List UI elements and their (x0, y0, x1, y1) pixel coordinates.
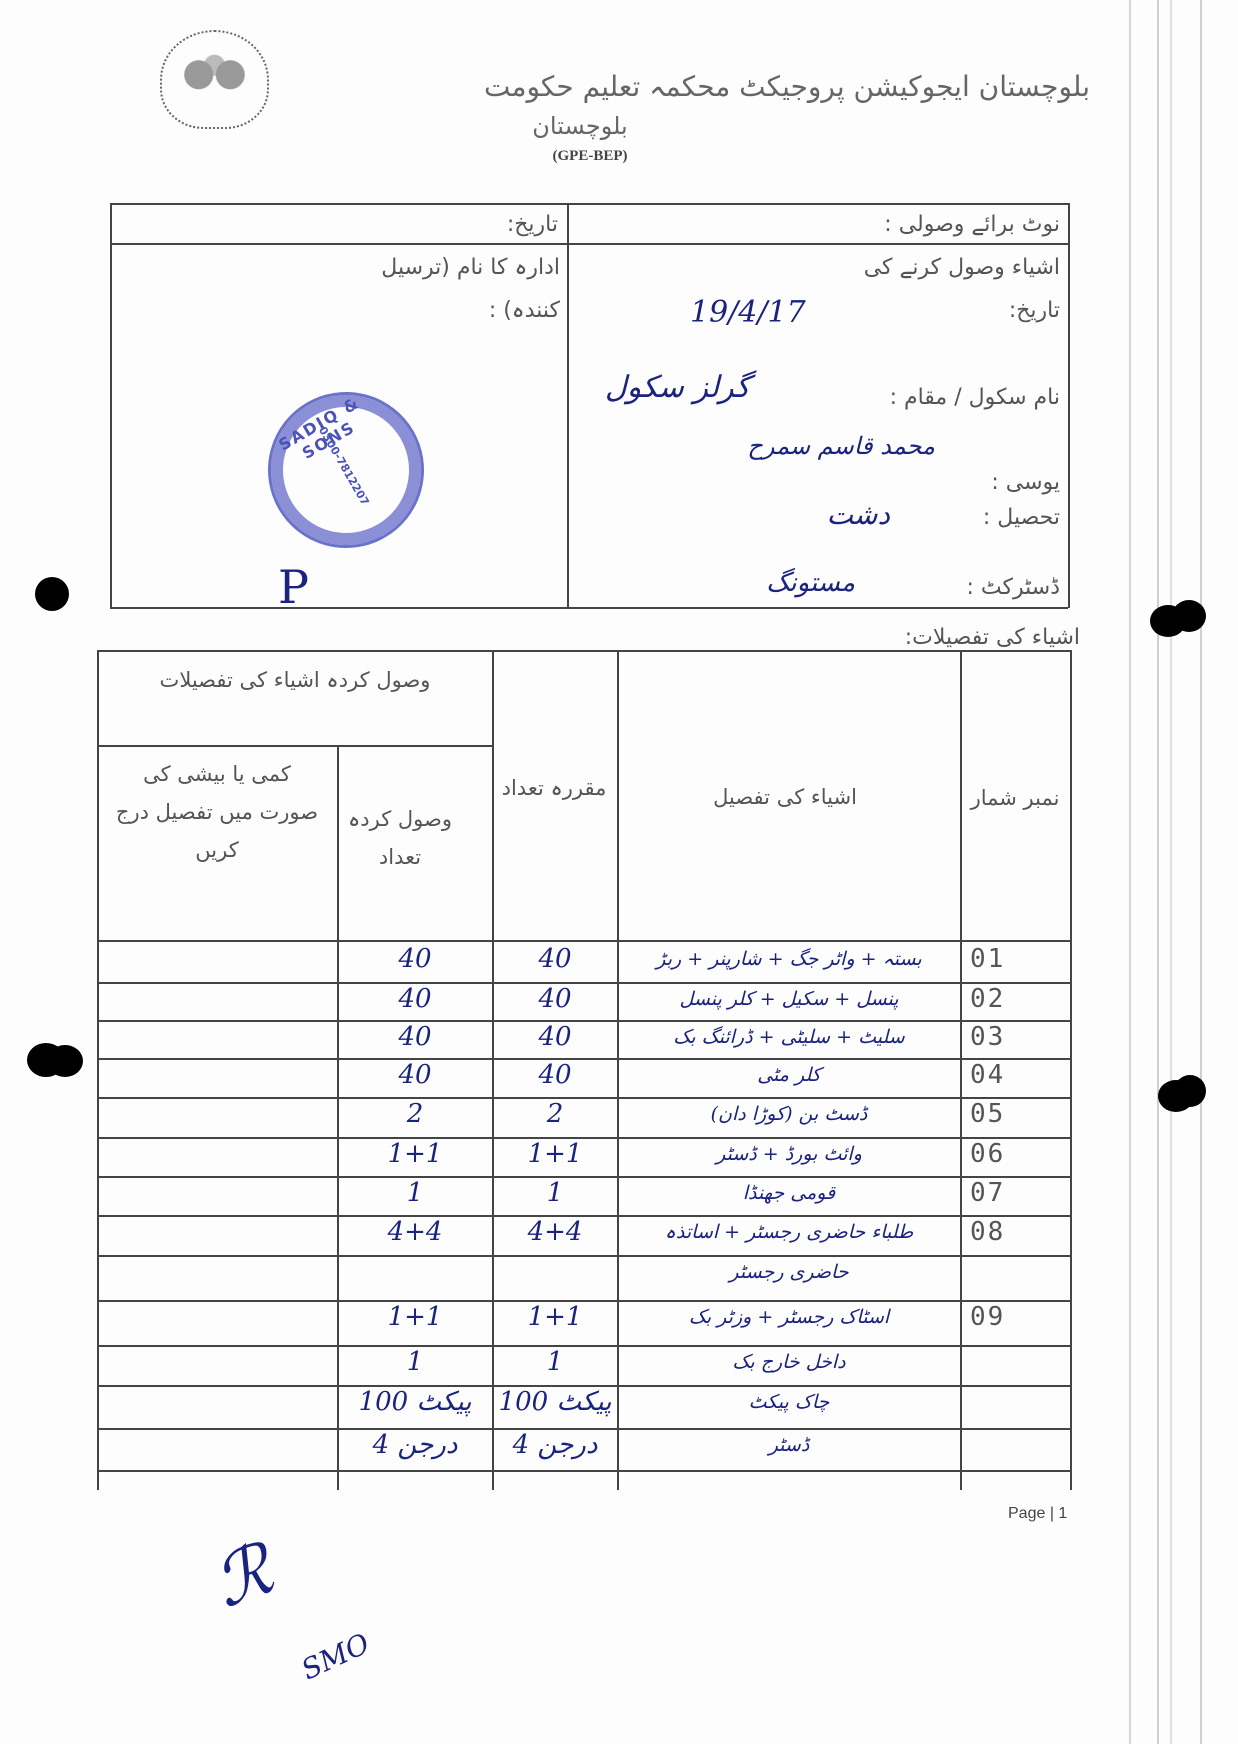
serial-number: 06 (970, 1139, 1060, 1169)
fixed-qty: 2 (495, 1097, 615, 1131)
serial-number: 02 (970, 984, 1060, 1014)
punch-hole (1172, 600, 1206, 632)
header-serial: نمبر شمار (965, 780, 1065, 816)
received-qty: 1 (340, 1345, 490, 1379)
department-logo-icon (160, 30, 269, 129)
received-qty: 40 (340, 942, 490, 976)
item-detail: کلر مٹی (622, 1058, 956, 1092)
fixed-qty: 1 (495, 1176, 615, 1210)
district-label: ڈسٹرکٹ : (860, 575, 1060, 600)
item-detail: ڈسٹر (622, 1428, 956, 1462)
tehsil-value: دشت (800, 498, 890, 531)
uc-label: یوسی : (900, 470, 1060, 495)
received-qty: 4+4 (340, 1215, 490, 1249)
header-received-qty: وصول کردہ تعداد (345, 800, 455, 876)
fixed-qty: 4+4 (495, 1215, 615, 1249)
item-detail: اسٹاک رجسٹر + وزٹر بک (622, 1300, 956, 1334)
fixed-qty: 40 (495, 982, 615, 1016)
fixed-qty: 1 (495, 1345, 615, 1379)
fixed-qty: 40 (495, 942, 615, 976)
received-qty: 2 (340, 1097, 490, 1131)
fixed-qty: 100 پیکٹ (495, 1385, 615, 1419)
uc-value: محمد قاسم سمرح (735, 432, 935, 460)
handwritten-mark: P (278, 560, 309, 614)
district-value: مستونگ (745, 568, 855, 598)
item-detail: حاضری رجسٹر (622, 1255, 956, 1289)
program-code: (GPE-BEP) (530, 148, 650, 165)
company-stamp: SADIQ & SONS 0300-7812207 (239, 363, 452, 576)
header-shortage-note: کمی یا بیشی کی صورت میں تفصیل درج کریں (112, 755, 322, 869)
item-detail: بستہ + واٹر جگ + شارپنر + ربڑ (622, 942, 956, 976)
header-title-line1: بلوچستان ایجوکیشن پروجیکٹ محکمہ تعلیم حک… (290, 70, 1090, 103)
header-title-line2: بلوچستان (480, 112, 680, 140)
header-fixed-qty: مقررہ تعداد (495, 770, 613, 806)
received-qty: 1 (340, 1176, 490, 1210)
punch-hole (47, 1045, 83, 1077)
signature-note: SMO (296, 1627, 374, 1687)
received-qty: 40 (340, 982, 490, 1016)
received-qty: 40 (340, 1020, 490, 1054)
fixed-qty: 1+1 (495, 1300, 615, 1334)
received-qty: 100 پیکٹ (340, 1385, 490, 1419)
received-qty: 4 درجن (340, 1428, 490, 1462)
tehsil-label: تحصیل : (900, 505, 1060, 530)
received-qty: 1+1 (340, 1300, 490, 1334)
punch-hole (1174, 1075, 1206, 1107)
item-detail: داخل خارج بک (622, 1345, 956, 1379)
header-item-detail: اشیاء کی تفصیل (625, 785, 945, 809)
fixed-qty: 40 (495, 1058, 615, 1092)
school-label: نام سکول / مقام : (740, 385, 1060, 410)
item-detail: سلیٹ + سلیٹی + ڈرائنگ بک (622, 1020, 956, 1054)
item-detail: قومی جھنڈا (622, 1176, 956, 1210)
serial-number: 04 (970, 1060, 1060, 1090)
serial-number: 09 (970, 1302, 1060, 1332)
item-detail: ڈسٹ بن (کوڑا دان) (622, 1097, 956, 1131)
serial-number: 05 (970, 1099, 1060, 1129)
items-section-label: اشیاء کی تفصیلات: (700, 625, 1080, 650)
fixed-qty: 40 (495, 1020, 615, 1054)
receive-date-value: 19/4/17 (690, 295, 850, 330)
institution-name-label: ادارہ کا نام (ترسیل (130, 255, 560, 280)
item-detail: چاک پیکٹ (622, 1385, 956, 1419)
serial-number: 08 (970, 1217, 1060, 1247)
page-number: Page | 1 (1008, 1505, 1067, 1523)
receive-date-label-2: تاریخ: (900, 298, 1060, 323)
date-label: تاریخ: (300, 212, 558, 237)
received-qty: 40 (340, 1058, 490, 1092)
school-value: گرلز سکول (580, 370, 750, 405)
received-qty: 1+1 (340, 1137, 490, 1171)
fixed-qty: 1+1 (495, 1137, 615, 1171)
header-received-group: وصول کردہ اشیاء کی تفصیلات (130, 660, 460, 700)
item-detail: پنسل + سکیل + کلر پنسل (622, 982, 956, 1016)
serial-number: 01 (970, 944, 1060, 974)
item-detail: طلباء حاضری رجسٹر + اساتذہ (622, 1215, 956, 1249)
institution-name-label-2: کنندہ) : (360, 298, 560, 323)
receive-date-label: اشیاء وصول کرنے کی (600, 255, 1060, 280)
fixed-qty: 4 درجن (495, 1428, 615, 1462)
note-for-receipt-label: نوٹ برائے وصولی : (600, 212, 1060, 237)
signature: ℛ (203, 1528, 284, 1624)
item-detail: وائٹ بورڈ + ڈسٹر (622, 1137, 956, 1171)
serial-number: 07 (970, 1178, 1060, 1208)
punch-hole (35, 577, 69, 611)
serial-number: 03 (970, 1022, 1060, 1052)
